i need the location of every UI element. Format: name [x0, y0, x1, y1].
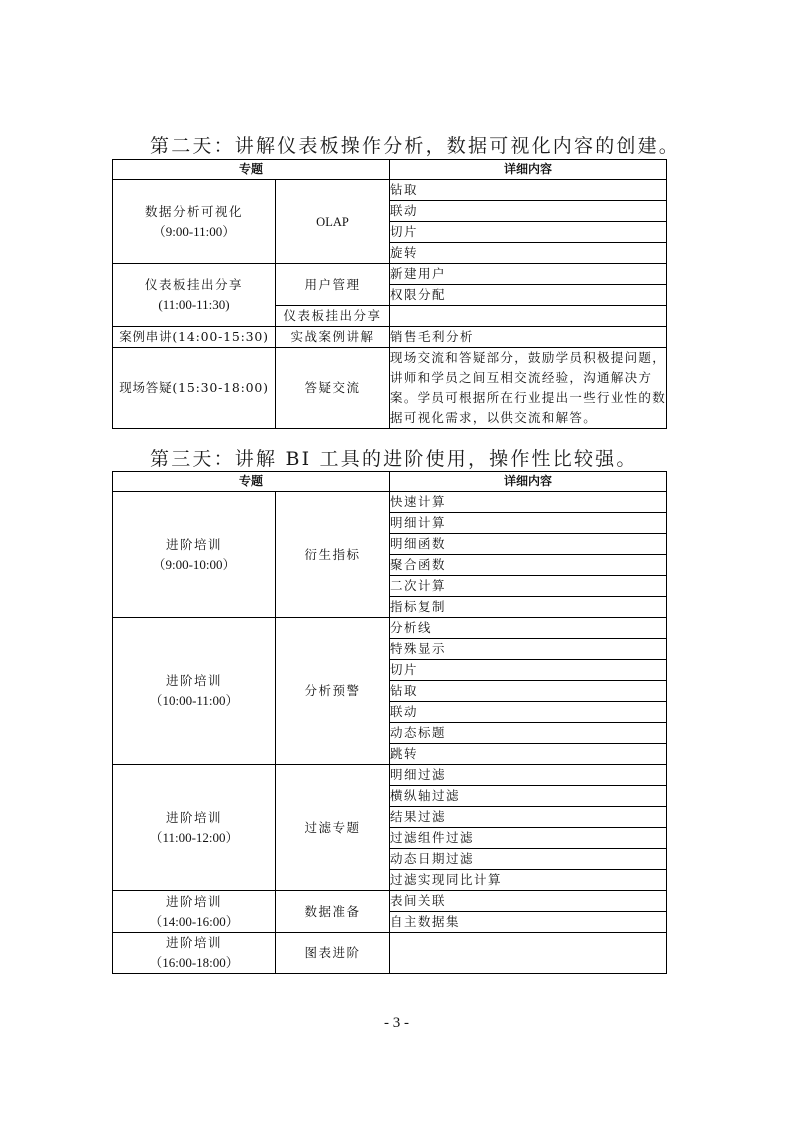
session-time: （11:00-12:00）: [113, 828, 275, 848]
header-topic: 专题: [113, 160, 390, 180]
subtopic-cell: 过滤专题: [276, 765, 390, 891]
detail-item: 切片: [390, 660, 667, 681]
session-name: 数据分析可视化: [113, 202, 275, 222]
table-row: 进阶培训 （14:00-16:00） 数据准备 表间关联: [113, 891, 667, 912]
detail-item: 特殊显示: [390, 639, 667, 660]
day3-heading: 第三天：讲解 BI 工具的进阶使用，操作性比较强。: [150, 444, 638, 471]
subtopic-cell: 数据准备: [276, 891, 390, 933]
subtopic-cell: 图表进阶: [276, 933, 390, 974]
detail-item: 明细计算: [390, 513, 667, 534]
header-detail: 详细内容: [390, 472, 667, 492]
session-name: 进阶培训: [113, 933, 275, 953]
header-detail: 详细内容: [390, 160, 667, 180]
session-time: （9:00-11:00）: [113, 222, 275, 242]
session-time: （10:00-11:00）: [113, 691, 275, 711]
detail-item: 销售毛利分析: [390, 327, 667, 348]
detail-item: 明细函数: [390, 534, 667, 555]
detail-item: 明细过滤: [390, 765, 667, 786]
table-row: 仪表板挂出分享 (11:00-11:30) 用户管理 新建用户: [113, 264, 667, 285]
detail-item: 指标复制: [390, 597, 667, 618]
session-name: 仪表板挂出分享: [113, 275, 275, 295]
subtopic-cell: 衍生指标: [276, 492, 390, 618]
session-time: （16:00-18:00）: [113, 953, 275, 973]
session-name: 进阶培训: [113, 535, 275, 555]
table-header-row: 专题 详细内容: [113, 160, 667, 180]
session-cell: 数据分析可视化 （9:00-11:00）: [113, 180, 276, 264]
table-row: 进阶培训 （16:00-18:00） 图表进阶: [113, 933, 667, 974]
session-cell: 现场答疑(15:30-18:00): [113, 348, 276, 429]
table-row: 进阶培训 （10:00-11:00） 分析预警 分析线: [113, 618, 667, 639]
detail-item: 旋转: [390, 243, 667, 264]
detail-paragraph: 现场交流和答疑部分，鼓励学员积极提问题，讲师和学员之间互相交流经验，沟通解决方案…: [390, 348, 667, 429]
detail-item: 表间关联: [390, 891, 667, 912]
day2-heading: 第二天：讲解仪表板操作分析，数据可视化内容的创建。: [150, 131, 680, 158]
day3-schedule-table: 专题 详细内容 进阶培训 （9:00-10:00） 衍生指标 快速计算 明细计算…: [112, 471, 667, 974]
detail-item: 联动: [390, 702, 667, 723]
subtopic-cell: OLAP: [276, 180, 390, 264]
detail-item: 过滤组件过滤: [390, 828, 667, 849]
subtopic-cell: 用户管理: [276, 264, 390, 306]
table-row: 现场答疑(15:30-18:00) 答疑交流 现场交流和答疑部分，鼓励学员积极提…: [113, 348, 667, 429]
day2-schedule-table: 专题 详细内容 数据分析可视化 （9:00-11:00） OLAP 钻取 联动 …: [112, 159, 667, 429]
detail-item: 自主数据集: [390, 912, 667, 933]
table-row: 数据分析可视化 （9:00-11:00） OLAP 钻取: [113, 180, 667, 201]
detail-item: 快速计算: [390, 492, 667, 513]
detail-item: 过滤实现同比计算: [390, 870, 667, 891]
detail-item: 切片: [390, 222, 667, 243]
detail-item: 钻取: [390, 180, 667, 201]
detail-item: 跳转: [390, 744, 667, 765]
subtopic-cell: 实战案例讲解: [276, 327, 390, 348]
table-header-row: 专题 详细内容: [113, 472, 667, 492]
detail-item: 二次计算: [390, 576, 667, 597]
session-cell: 进阶培训 （10:00-11:00）: [113, 618, 276, 765]
subtopic-cell: 分析预警: [276, 618, 390, 765]
detail-item: [390, 933, 667, 974]
session-name: 进阶培训: [113, 671, 275, 691]
detail-item: 横纵轴过滤: [390, 786, 667, 807]
session-cell: 进阶培训 （9:00-10:00）: [113, 492, 276, 618]
detail-item: 分析线: [390, 618, 667, 639]
session-cell: 案例串讲(14:00-15:30): [113, 327, 276, 348]
session-name: 进阶培训: [113, 892, 275, 912]
table-row: 进阶培训 （9:00-10:00） 衍生指标 快速计算: [113, 492, 667, 513]
detail-item: 动态日期过滤: [390, 849, 667, 870]
session-name: 进阶培训: [113, 808, 275, 828]
table-row: 进阶培训 （11:00-12:00） 过滤专题 明细过滤: [113, 765, 667, 786]
detail-item: 结果过滤: [390, 807, 667, 828]
detail-item: [390, 306, 667, 327]
detail-item: 新建用户: [390, 264, 667, 285]
subtopic-cell: 仪表板挂出分享: [276, 306, 390, 327]
session-cell: 仪表板挂出分享 (11:00-11:30): [113, 264, 276, 327]
detail-item: 联动: [390, 201, 667, 222]
detail-item: 权限分配: [390, 285, 667, 306]
page-number: - 3 -: [0, 1015, 793, 1032]
subtopic-cell: 答疑交流: [276, 348, 390, 429]
session-time: （9:00-10:00）: [113, 555, 275, 575]
detail-item: 聚合函数: [390, 555, 667, 576]
detail-item: 动态标题: [390, 723, 667, 744]
session-cell: 进阶培训 （11:00-12:00）: [113, 765, 276, 891]
session-cell: 进阶培训 （16:00-18:00）: [113, 933, 276, 974]
table-row: 案例串讲(14:00-15:30) 实战案例讲解 销售毛利分析: [113, 327, 667, 348]
session-time: （14:00-16:00）: [113, 912, 275, 932]
session-time: (11:00-11:30): [113, 295, 275, 315]
detail-item: 钻取: [390, 681, 667, 702]
session-cell: 进阶培训 （14:00-16:00）: [113, 891, 276, 933]
header-topic: 专题: [113, 472, 390, 492]
